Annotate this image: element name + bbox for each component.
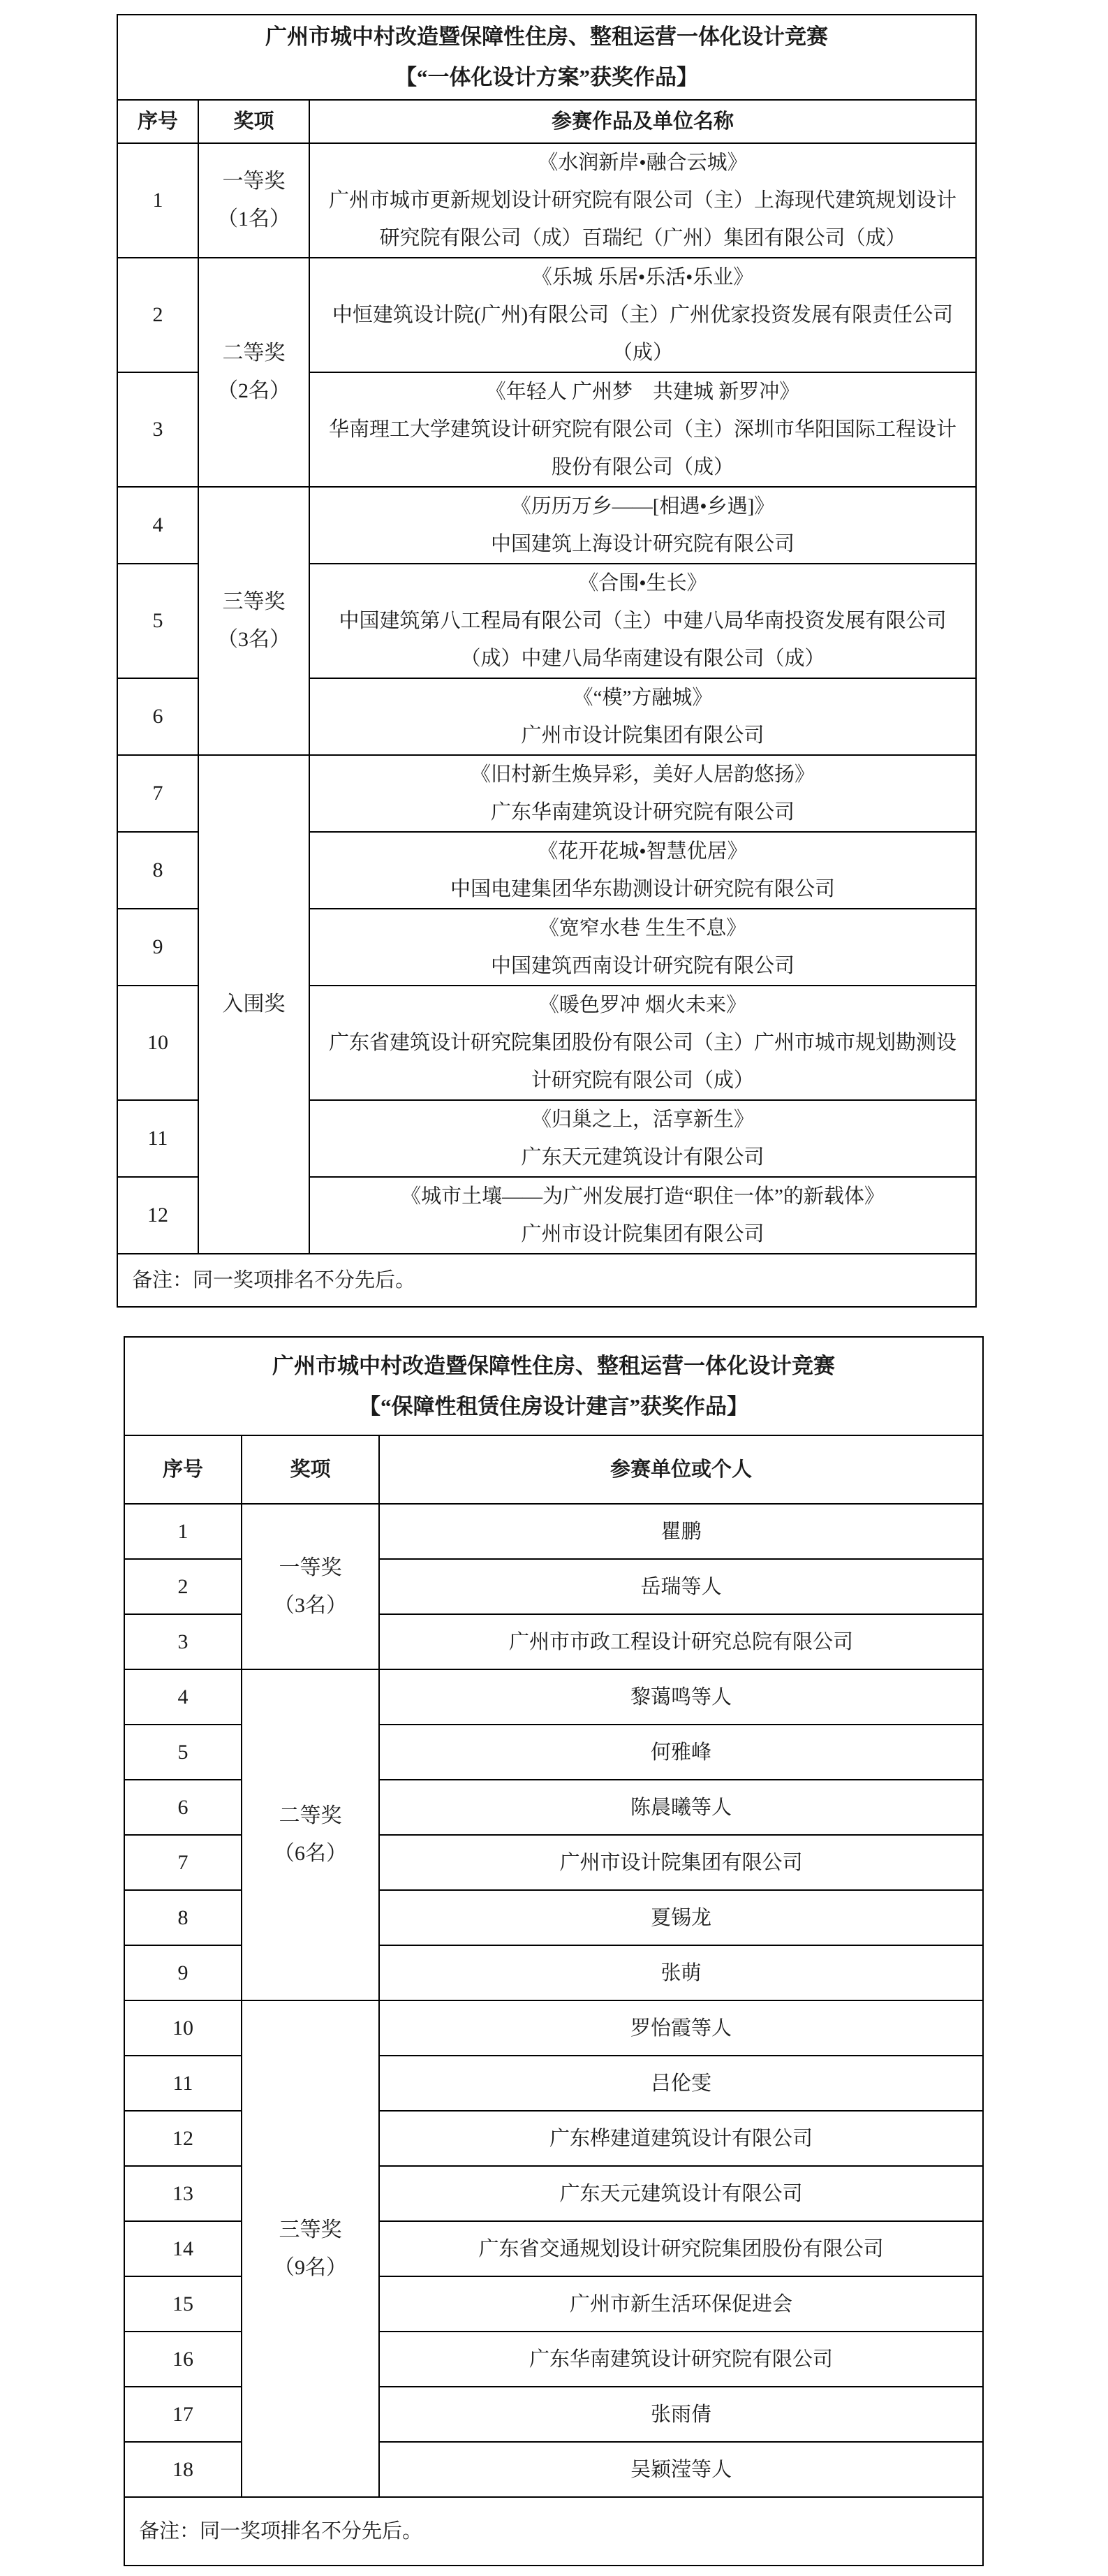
table2-header-row: 序号 奖项 参赛单位或个人 (124, 1435, 983, 1504)
award-count: （9名） (242, 2249, 378, 2287)
seq-cell: 10 (117, 986, 198, 1100)
table1-title-line1: 广州市城中村改造暨保障性住房、整租运营一体化设计竞赛 (118, 17, 975, 57)
table1-col-award: 奖项 (198, 100, 309, 143)
table-row: 4 三等奖 （3名） 《历历万乡——[相遇•乡遇]》 中国建筑上海设计研究院有限… (117, 487, 976, 564)
unit-name: 广东省建筑设计研究院集团股份有限公司（主）广州市城市规划勘测设计研究院有限公司（… (320, 1024, 966, 1099)
seq-cell: 3 (124, 1614, 242, 1669)
unit-name: 广东天元建筑设计有限公司 (320, 1139, 966, 1176)
participant-cell: 广州市新生活环保促进会 (379, 2276, 983, 2332)
table2-col-participant: 参赛单位或个人 (379, 1435, 983, 1504)
seq-cell: 16 (124, 2332, 242, 2387)
entry-cell: 《旧村新生焕异彩，美好人居韵悠扬》 广东华南建筑设计研究院有限公司 (309, 755, 976, 832)
entry-cell: 《“模”方融城》 广州市设计院集团有限公司 (309, 678, 976, 755)
seq-cell: 8 (124, 1890, 242, 1945)
entry-cell: 《暖色罗冲 烟火未来》 广东省建筑设计研究院集团股份有限公司（主）广州市城市规划… (309, 986, 976, 1100)
unit-name: 广州市设计院集团有限公司 (320, 717, 966, 754)
seq-cell: 14 (124, 2221, 242, 2276)
table1-title-line2: 【“一体化设计方案”获奖作品】 (118, 57, 975, 98)
participant-cell: 瞿鹏 (379, 1504, 983, 1559)
seq-cell: 1 (117, 143, 198, 258)
work-title: 《年轻人 广州梦 共建城 新罗冲》 (320, 373, 966, 411)
work-title: 《宽窄水巷 生生不息》 (320, 909, 966, 947)
participant-cell: 张萌 (379, 1945, 983, 2000)
work-title: 《乐城 乐居•乐活•乐业》 (320, 258, 966, 296)
seq-cell: 7 (124, 1835, 242, 1890)
seq-cell: 11 (117, 1100, 198, 1177)
entry-cell: 《宽窄水巷 生生不息》 中国建筑西南设计研究院有限公司 (309, 909, 976, 986)
participant-cell: 广东桦建道建筑设计有限公司 (379, 2111, 983, 2166)
unit-name: 中国建筑上海设计研究院有限公司 (320, 525, 966, 563)
participant-cell: 吕伦雯 (379, 2056, 983, 2111)
seq-cell: 5 (117, 564, 198, 678)
table1-header-row: 序号 奖项 参赛作品及单位名称 (117, 100, 976, 143)
table1-col-seq: 序号 (117, 100, 198, 143)
participant-cell: 陈晨曦等人 (379, 1780, 983, 1835)
seq-cell: 4 (124, 1669, 242, 1725)
participant-cell: 黎蔼鸣等人 (379, 1669, 983, 1725)
entry-cell: 《城市土壤——为广州发展打造“职住一体”的新载体》 广州市设计院集团有限公司 (309, 1177, 976, 1254)
award-name: 一等奖 (242, 1549, 378, 1587)
seq-cell: 6 (117, 678, 198, 755)
unit-name: 广州市城市更新规划设计研究院有限公司（主）上海现代建筑规划设计研究院有限公司（成… (320, 182, 966, 257)
work-title: 《“模”方融城》 (320, 679, 966, 717)
unit-name: 中恒建筑设计院(广州)有限公司（主）广州优家投资发展有限责任公司（成） (320, 296, 966, 372)
table2-col-award: 奖项 (242, 1435, 379, 1504)
unit-name: 中国建筑第八工程局有限公司（主）中建八局华南投资发展有限公司（成）中建八局华南建… (320, 602, 966, 678)
table2-note-row: 备注：同一奖项排名不分先后。 (124, 2497, 983, 2566)
table1-title: 广州市城中村改造暨保障性住房、整租运营一体化设计竞赛 【“一体化设计方案”获奖作… (117, 15, 976, 100)
table1-note-row: 备注：同一奖项排名不分先后。 (117, 1254, 976, 1307)
entry-cell: 《合围•生长》 中国建筑第八工程局有限公司（主）中建八局华南投资发展有限公司（成… (309, 564, 976, 678)
participant-cell: 广东华南建筑设计研究院有限公司 (379, 2332, 983, 2387)
work-title: 《水润新岸•融合云城》 (320, 144, 966, 182)
entry-cell: 《水润新岸•融合云城》 广州市城市更新规划设计研究院有限公司（主）上海现代建筑规… (309, 143, 976, 258)
participant-cell: 广东省交通规划设计研究院集团股份有限公司 (379, 2221, 983, 2276)
award-count: （1名） (199, 200, 309, 238)
seq-cell: 15 (124, 2276, 242, 2332)
work-title: 《城市土壤——为广州发展打造“职住一体”的新载体》 (320, 1178, 966, 1215)
seq-cell: 4 (117, 487, 198, 564)
participant-cell: 夏锡龙 (379, 1890, 983, 1945)
award-count: （3名） (242, 1587, 378, 1625)
table2-title: 广州市城中村改造暨保障性住房、整租运营一体化设计竞赛 【“保障性租赁住房设计建言… (124, 1337, 983, 1435)
table2-col-seq: 序号 (124, 1435, 242, 1504)
table1-col-entry: 参赛作品及单位名称 (309, 100, 976, 143)
rental-housing-suggestion-awards-table: 广州市城中村改造暨保障性住房、整租运营一体化设计竞赛 【“保障性租赁住房设计建言… (124, 1336, 984, 2566)
seq-cell: 8 (117, 832, 198, 909)
seq-cell: 13 (124, 2166, 242, 2221)
award-name: 三等奖 (199, 583, 309, 621)
seq-cell: 17 (124, 2387, 242, 2442)
award-cell: 入围奖 (198, 755, 309, 1254)
table-row: 2 二等奖 （2名） 《乐城 乐居•乐活•乐业》 中恒建筑设计院(广州)有限公司… (117, 258, 976, 372)
unit-name: 中国电建集团华东勘测设计研究院有限公司 (320, 870, 966, 908)
entry-cell: 《年轻人 广州梦 共建城 新罗冲》 华南理工大学建筑设计研究院有限公司（主）深圳… (309, 372, 976, 487)
seq-cell: 6 (124, 1780, 242, 1835)
seq-cell: 2 (124, 1559, 242, 1614)
entry-cell: 《乐城 乐居•乐活•乐业》 中恒建筑设计院(广州)有限公司（主）广州优家投资发展… (309, 258, 976, 372)
table2-title-row: 广州市城中村改造暨保障性住房、整租运营一体化设计竞赛 【“保障性租赁住房设计建言… (124, 1337, 983, 1435)
work-title: 《归巢之上，活享新生》 (320, 1101, 966, 1139)
participant-cell: 何雅峰 (379, 1725, 983, 1780)
seq-cell: 18 (124, 2442, 242, 2497)
award-name: 二等奖 (199, 335, 309, 372)
award-name: 一等奖 (199, 163, 309, 200)
participant-cell: 广东天元建筑设计有限公司 (379, 2166, 983, 2221)
seq-cell: 2 (117, 258, 198, 372)
award-count: （3名） (199, 621, 309, 659)
award-cell: 二等奖 （2名） (198, 258, 309, 487)
seq-cell: 5 (124, 1725, 242, 1780)
table-row: 7 入围奖 《旧村新生焕异彩，美好人居韵悠扬》 广东华南建筑设计研究院有限公司 (117, 755, 976, 832)
participant-cell: 广州市设计院集团有限公司 (379, 1835, 983, 1890)
work-title: 《旧村新生焕异彩，美好人居韵悠扬》 (320, 756, 966, 793)
unit-name: 中国建筑西南设计研究院有限公司 (320, 947, 966, 985)
award-count: （2名） (199, 372, 309, 410)
award-cell: 二等奖 （6名） (242, 1669, 379, 2000)
award-cell: 三等奖 （3名） (198, 487, 309, 755)
participant-cell: 岳瑞等人 (379, 1559, 983, 1614)
work-title: 《花开花城•智慧优居》 (320, 833, 966, 870)
seq-cell: 3 (117, 372, 198, 487)
participant-cell: 广州市市政工程设计研究总院有限公司 (379, 1614, 983, 1669)
award-count: （6名） (242, 1835, 378, 1873)
award-name: 三等奖 (242, 2211, 378, 2249)
unit-name: 广州市设计院集团有限公司 (320, 1215, 966, 1253)
entry-cell: 《花开花城•智慧优居》 中国电建集团华东勘测设计研究院有限公司 (309, 832, 976, 909)
work-title: 《暖色罗冲 烟火未来》 (320, 986, 966, 1024)
seq-cell: 10 (124, 2000, 242, 2056)
table-row: 1 一等奖 （3名） 瞿鹏 (124, 1504, 983, 1559)
seq-cell: 7 (117, 755, 198, 832)
participant-cell: 罗怡霞等人 (379, 2000, 983, 2056)
table2-note: 备注：同一奖项排名不分先后。 (124, 2497, 983, 2566)
unit-name: 广东华南建筑设计研究院有限公司 (320, 793, 966, 831)
work-title: 《历历万乡——[相遇•乡遇]》 (320, 488, 966, 525)
table2-title-line1: 广州市城中村改造暨保障性住房、整租运营一体化设计竞赛 (125, 1346, 982, 1386)
seq-cell: 1 (124, 1504, 242, 1559)
page: 广州市城中村改造暨保障性住房、整租运营一体化设计竞赛 【“一体化设计方案”获奖作… (0, 0, 1108, 2576)
unit-name: 华南理工大学建筑设计研究院有限公司（主）深圳市华阳国际工程设计股份有限公司（成） (320, 411, 966, 486)
table2-title-line2: 【“保障性租赁住房设计建言”获奖作品】 (125, 1386, 982, 1427)
table1-note: 备注：同一奖项排名不分先后。 (117, 1254, 976, 1307)
table-row: 10 三等奖 （9名） 罗怡霞等人 (124, 2000, 983, 2056)
seq-cell: 9 (124, 1945, 242, 2000)
seq-cell: 9 (117, 909, 198, 986)
table1-title-row: 广州市城中村改造暨保障性住房、整租运营一体化设计竞赛 【“一体化设计方案”获奖作… (117, 15, 976, 100)
work-title: 《合围•生长》 (320, 564, 966, 602)
table-row: 4 二等奖 （6名） 黎蔼鸣等人 (124, 1669, 983, 1725)
seq-cell: 12 (124, 2111, 242, 2166)
seq-cell: 12 (117, 1177, 198, 1254)
entry-cell: 《历历万乡——[相遇•乡遇]》 中国建筑上海设计研究院有限公司 (309, 487, 976, 564)
award-cell: 三等奖 （9名） (242, 2000, 379, 2497)
award-name: 入围奖 (199, 986, 309, 1023)
entry-cell: 《归巢之上，活享新生》 广东天元建筑设计有限公司 (309, 1100, 976, 1177)
table-row: 1 一等奖 （1名） 《水润新岸•融合云城》 广州市城市更新规划设计研究院有限公… (117, 143, 976, 258)
integrated-design-awards-table: 广州市城中村改造暨保障性住房、整租运营一体化设计竞赛 【“一体化设计方案”获奖作… (117, 14, 977, 1308)
seq-cell: 11 (124, 2056, 242, 2111)
participant-cell: 张雨倩 (379, 2387, 983, 2442)
award-name: 二等奖 (242, 1797, 378, 1835)
award-cell: 一等奖 （1名） (198, 143, 309, 258)
participant-cell: 吴颖滢等人 (379, 2442, 983, 2497)
award-cell: 一等奖 （3名） (242, 1504, 379, 1669)
